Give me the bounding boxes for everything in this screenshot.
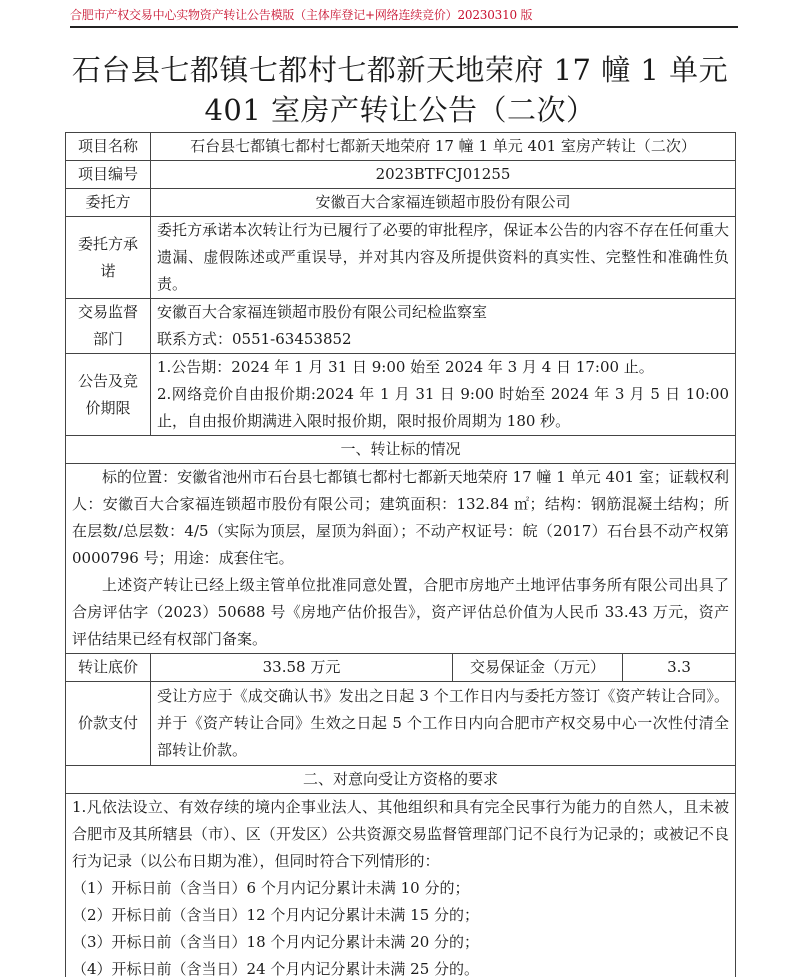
section1-para-1: 标的位置：安徽省池州市石台县七都镇七都村七都新天地荣府 17 幢 1 单元 40… xyxy=(72,464,729,572)
payment-label: 价款支付 xyxy=(66,682,151,766)
supervision-dept: 安徽百大合家福连锁超市股份有限公司纪检监察室 xyxy=(157,299,729,326)
supervision-label: 交易监督部门 xyxy=(66,299,151,354)
row-client: 委托方 安徽百大合家福连锁超市股份有限公司 xyxy=(66,189,736,217)
client-pledge-value: 委托方承诺本次转让行为已履行了必要的审批程序，保证本公告的内容不存在任何重大遗漏… xyxy=(151,217,736,299)
payment-value: 受让方应于《成交确认书》发出之日起 3 个工作日内与委托方签订《资产转让合同》。… xyxy=(151,682,736,766)
row-section1-body: 标的位置：安徽省池州市石台县七都镇七都村七都新天地荣府 17 幢 1 单元 40… xyxy=(66,464,736,654)
period-value: 1.公告期：2024 年 1 月 31 日 9:00 始至 2024 年 3 月… xyxy=(151,354,736,436)
client-label: 委托方 xyxy=(66,189,151,217)
section1-heading: 一、转让标的情况 xyxy=(66,436,736,464)
deposit-value: 3.3 xyxy=(623,654,736,682)
announcement-table: 项目名称 石台县七都镇七都村七都新天地荣府 17 幢 1 单元 401 室房产转… xyxy=(65,132,736,977)
section2-intro: 1.凡依法设立、有效存续的境内企事业法人、其他组织和具有完全民事行为能力的自然人… xyxy=(72,794,729,875)
section2-condition-1: （1）开标日前（含当日）6 个月内记分累计未满 10 分的； xyxy=(72,875,729,902)
client-pledge-label: 委托方承诺 xyxy=(66,217,151,299)
supervision-value: 安徽百大合家福连锁超市股份有限公司纪检监察室 联系方式：0551-6345385… xyxy=(151,299,736,354)
row-section2-heading: 二、对意向受让方资格的要求 xyxy=(66,766,736,794)
section2-heading: 二、对意向受让方资格的要求 xyxy=(66,766,736,794)
title-line-1: 石台县七都镇七都村七都新天地荣府 17 幢 1 单元 xyxy=(0,50,800,90)
row-price: 转让底价 33.58 万元 交易保证金（万元） 3.3 xyxy=(66,654,736,682)
deposit-label: 交易保证金（万元） xyxy=(453,654,623,682)
row-section2-body: 1.凡依法设立、有效存续的境内企事业法人、其他组织和具有完全民事行为能力的自然人… xyxy=(66,794,736,977)
supervision-contact: 联系方式：0551-63453852 xyxy=(157,326,729,353)
section2-condition-2: （2）开标日前（含当日）12 个月内记分累计未满 15 分的； xyxy=(72,902,729,929)
section2-body: 1.凡依法设立、有效存续的境内企事业法人、其他组织和具有完全民事行为能力的自然人… xyxy=(66,794,736,977)
row-section1-heading: 一、转让标的情况 xyxy=(66,436,736,464)
price-value: 33.58 万元 xyxy=(151,654,453,682)
period-label: 公告及竞价期限 xyxy=(66,354,151,436)
row-project-name: 项目名称 石台县七都镇七都村七都新天地荣府 17 幢 1 单元 401 室房产转… xyxy=(66,133,736,161)
section2-condition-3: （3）开标日前（含当日）18 个月内记分累计未满 20 分的； xyxy=(72,929,729,956)
project-name-label: 项目名称 xyxy=(66,133,151,161)
period-item-1: 1.公告期：2024 年 1 月 31 日 9:00 始至 2024 年 3 月… xyxy=(157,354,729,381)
project-no-value: 2023BTFCJ01255 xyxy=(151,161,736,189)
section1-para-2: 上述资产转让已经上级主管单位批准同意处置，合肥市房地产土地评估事务所有限公司出具… xyxy=(72,572,729,653)
page-title: 石台县七都镇七都村七都新天地荣府 17 幢 1 单元 401 室房产转让公告（二… xyxy=(0,50,800,130)
period-item-2: 2.网络竞价自由报价期:2024 年 1 月 31 日 9:00 时始至 202… xyxy=(157,381,729,435)
row-client-pledge: 委托方承诺 委托方承诺本次转让行为已履行了必要的审批程序，保证本公告的内容不存在… xyxy=(66,217,736,299)
row-period: 公告及竞价期限 1.公告期：2024 年 1 月 31 日 9:00 始至 20… xyxy=(66,354,736,436)
row-supervision: 交易监督部门 安徽百大合家福连锁超市股份有限公司纪检监察室 联系方式：0551-… xyxy=(66,299,736,354)
title-line-2: 401 室房产转让公告（二次） xyxy=(0,90,800,130)
project-name-value: 石台县七都镇七都村七都新天地荣府 17 幢 1 单元 401 室房产转让（二次） xyxy=(151,133,736,161)
section1-body: 标的位置：安徽省池州市石台县七都镇七都村七都新天地荣府 17 幢 1 单元 40… xyxy=(66,464,736,654)
project-no-label: 项目编号 xyxy=(66,161,151,189)
section2-condition-4: （4）开标日前（含当日）24 个月内记分累计未满 25 分的。 xyxy=(72,956,729,977)
client-value: 安徽百大合家福连锁超市股份有限公司 xyxy=(151,189,736,217)
row-project-no: 项目编号 2023BTFCJ01255 xyxy=(66,161,736,189)
price-label: 转让底价 xyxy=(66,654,151,682)
row-payment: 价款支付 受让方应于《成交确认书》发出之日起 3 个工作日内与委托方签订《资产转… xyxy=(66,682,736,766)
template-version-header: 合肥市产权交易中心实物资产转让公告模版（主体库登记+网络连续竞价）2023031… xyxy=(70,6,738,28)
